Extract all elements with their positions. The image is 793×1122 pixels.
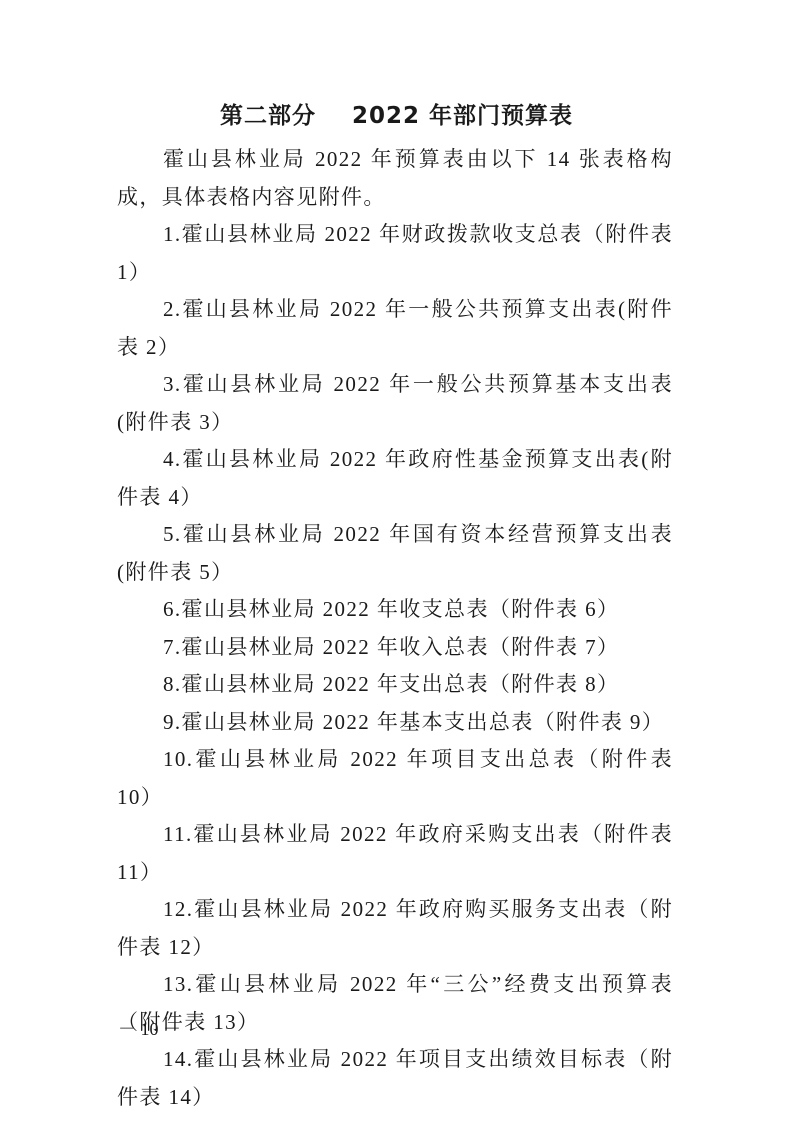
list-item: 2.霍山县林业局 2022 年一般公共预算支出表(附件表 2）	[117, 291, 673, 366]
list-item: 6.霍山县林业局 2022 年收支总表（附件表 6）	[117, 591, 673, 629]
page-title: 第二部分 2022 年部门预算表	[0, 101, 793, 131]
list-item: 14.霍山县林业局 2022 年项目支出绩效目标表（附件表 14）	[117, 1041, 673, 1116]
list-item: 3.霍山县林业局 2022 年一般公共预算基本支出表(附件表 3）	[117, 366, 673, 441]
list-item: 8.霍山县林业局 2022 年支出总表（附件表 8）	[117, 666, 673, 704]
list-item: 1.霍山县林业局 2022 年财政拨款收支总表（附件表 1）	[117, 216, 673, 291]
list-item: 9.霍山县林业局 2022 年基本支出总表（附件表 9）	[117, 704, 673, 742]
list-item: 5.霍山县林业局 2022 年国有资本经营预算支出表(附件表 5）	[117, 516, 673, 591]
document-page: 第二部分 2022 年部门预算表 霍山县林业局 2022 年预算表由以下 14 …	[0, 0, 793, 1122]
list-item: 4.霍山县林业局 2022 年政府性基金预算支出表(附件表 4）	[117, 441, 673, 516]
list-item: 7.霍山县林业局 2022 年收入总表（附件表 7）	[117, 629, 673, 667]
list-item: 12.霍山县林业局 2022 年政府购买服务支出表（附件表 12）	[117, 891, 673, 966]
page-number: － 10 －	[118, 1017, 181, 1041]
document-body: 霍山县林业局 2022 年预算表由以下 14 张表格构成，具体表格内容见附件。 …	[117, 141, 673, 1116]
intro-paragraph: 霍山县林业局 2022 年预算表由以下 14 张表格构成，具体表格内容见附件。	[117, 141, 673, 216]
list-item: 10.霍山县林业局 2022 年项目支出总表（附件表 10）	[117, 741, 673, 816]
list-item: 13.霍山县林业局 2022 年“三公”经费支出预算表（附件表 13）	[117, 966, 673, 1041]
list-item: 11.霍山县林业局 2022 年政府采购支出表（附件表 11）	[117, 816, 673, 891]
